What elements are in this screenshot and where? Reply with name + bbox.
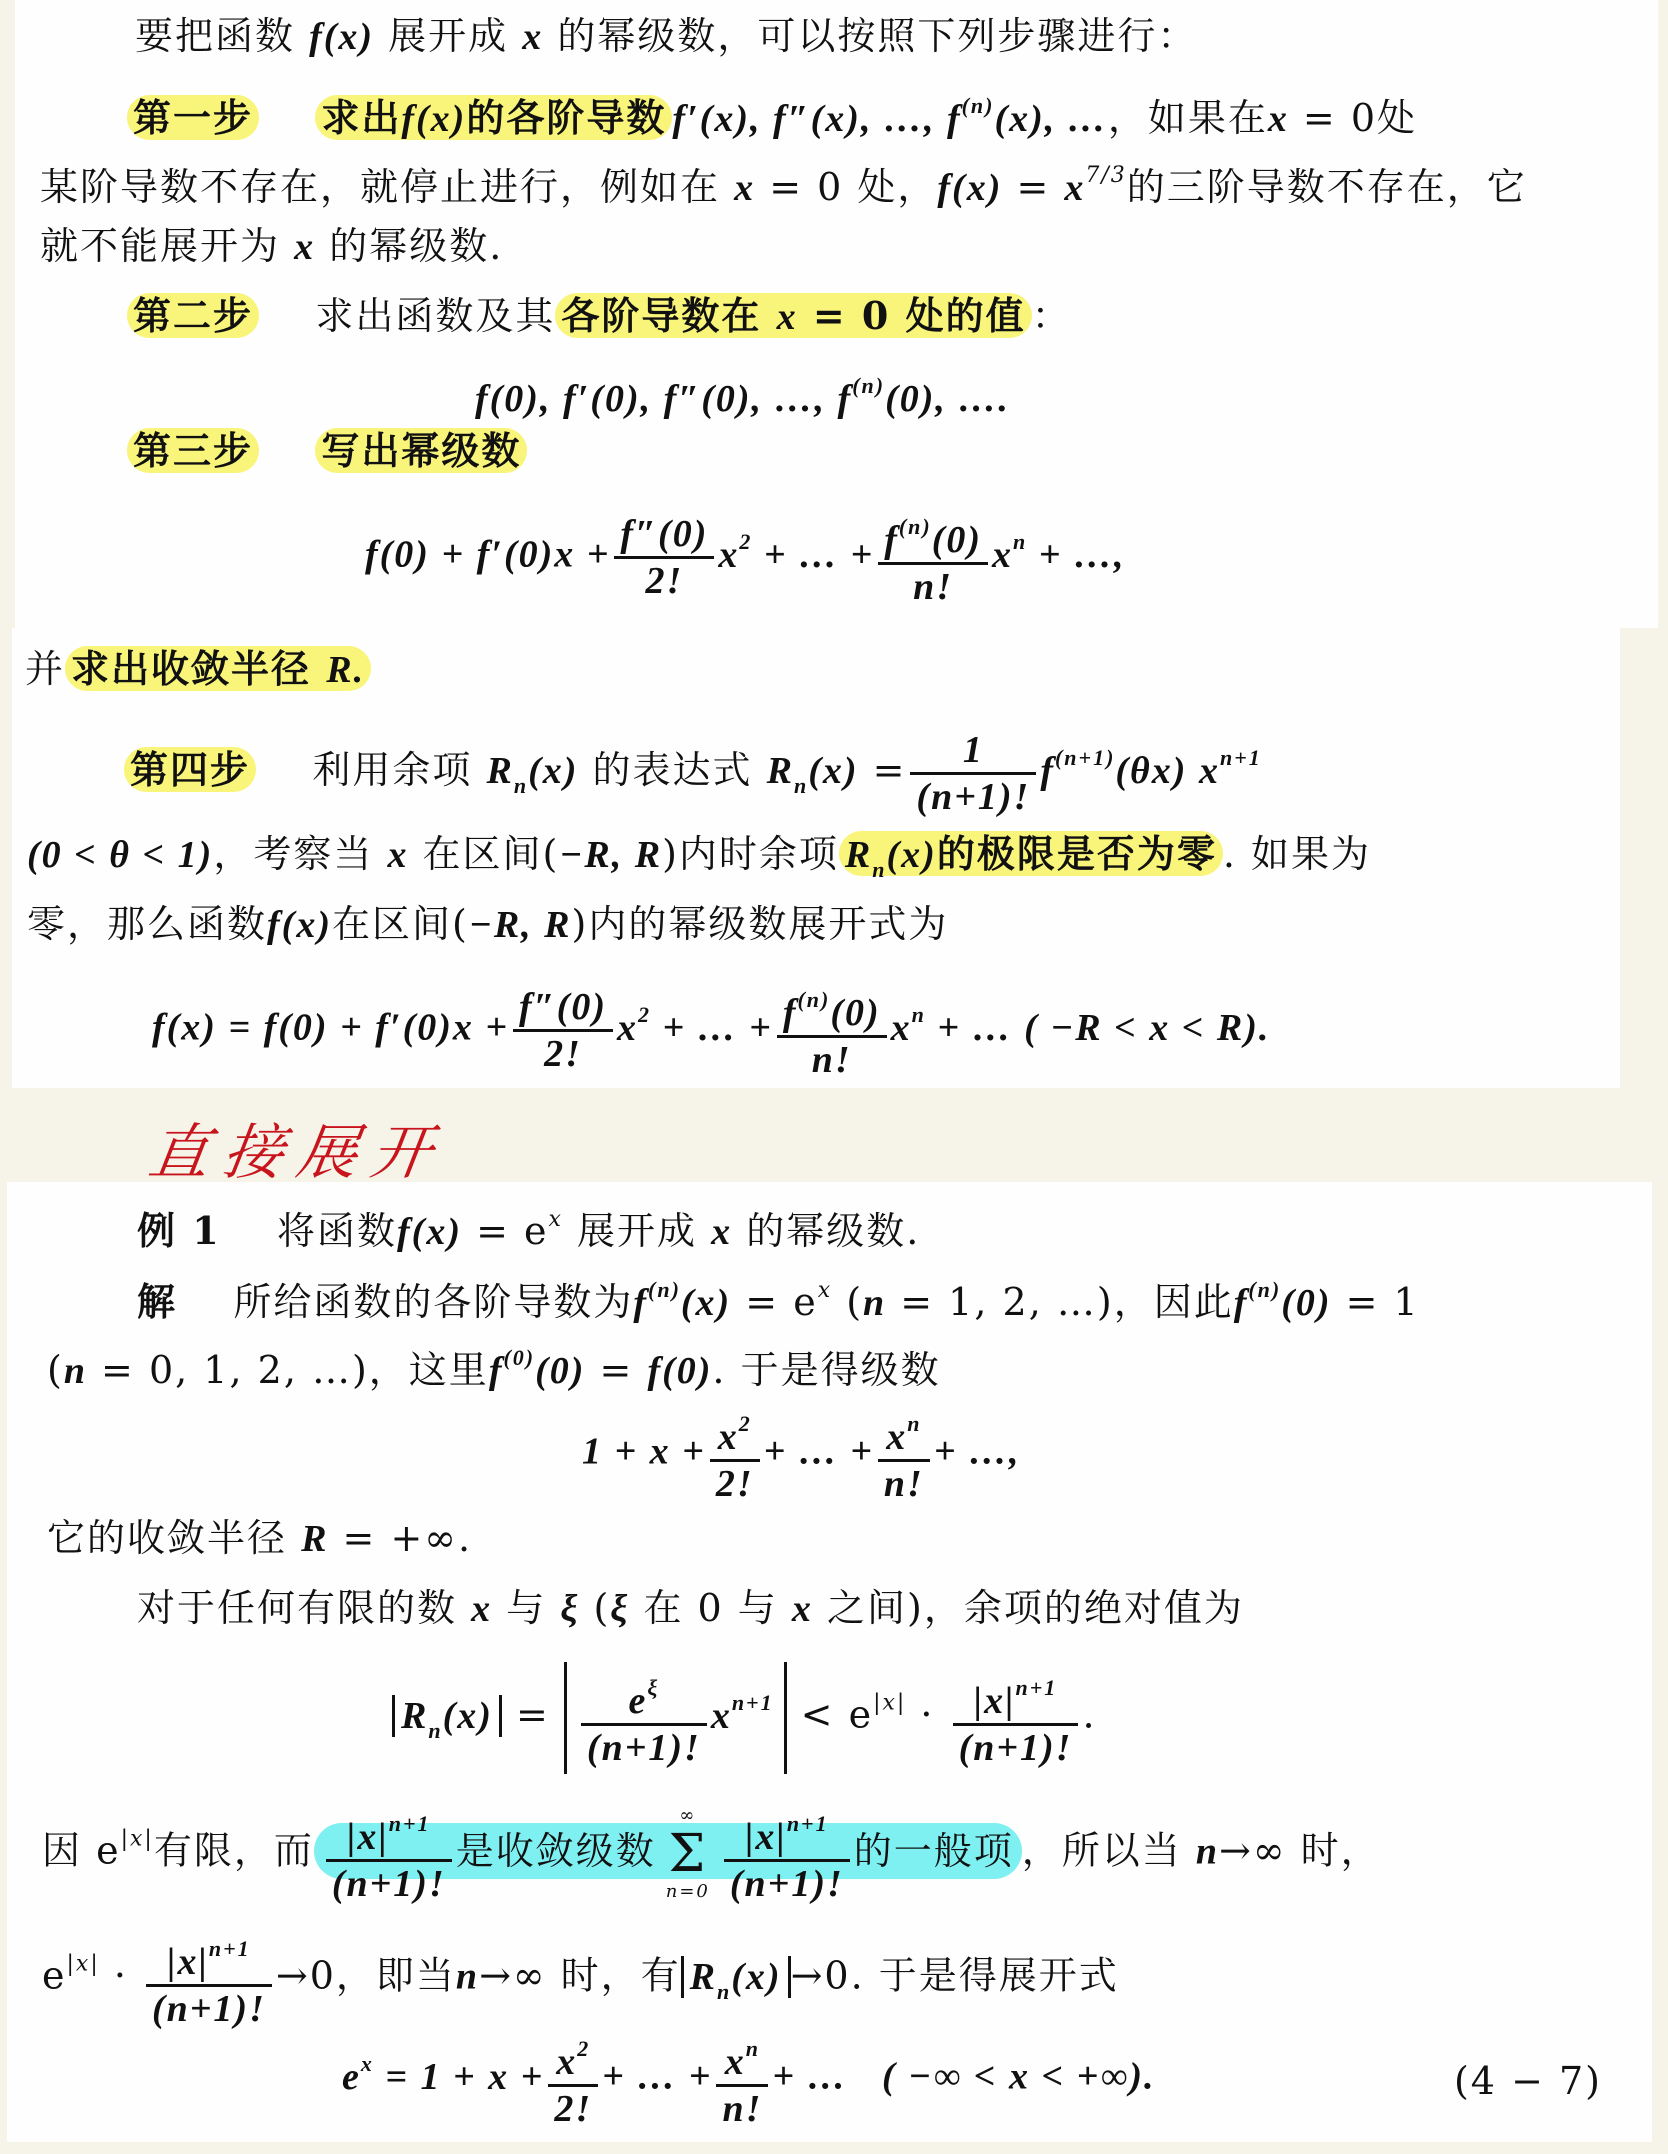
step-1-label: 第一步 — [127, 95, 259, 140]
step-2-line: 第二步 求出函数及其各阶导数在 x = 0 处的值： — [127, 290, 1072, 343]
example-text: 与 — [506, 1586, 546, 1630]
example-text: 之间)，余项的绝对值为 — [827, 1586, 1244, 1630]
fraction: f″(0)2! — [614, 512, 714, 603]
step-2-formula: f(0), f′(0), f″(0), …, f(n)(0), …. — [475, 360, 1010, 425]
step-3-conclusion: 并求出收敛半径 R. — [25, 643, 371, 696]
math-fx: f(x) — [309, 16, 374, 58]
fraction: xnn! — [878, 1402, 930, 1506]
remainder-intro: 对于任何有限的数 x 与 ξ (ξ 在 0 与 x 之间)，余项的绝对值为 — [137, 1582, 1244, 1635]
intro-text: 要把函数 — [135, 14, 295, 58]
step-1-line-3: 就不能展开为 x 的幂级数. — [40, 220, 503, 273]
step-2-label: 第二步 — [127, 293, 259, 338]
example-label: 例 1 — [137, 1208, 221, 1253]
example-text: 时，有 — [561, 1954, 681, 1998]
step-text: 就不能展开为 — [40, 224, 280, 268]
fraction: 1(n+1)! — [910, 728, 1036, 819]
step-text: ： — [1032, 294, 1072, 338]
step-4-line-2: (0 < θ < 1)，考察当 x 在区间(−R, R)内时余项Rn(x)的极限… — [27, 828, 1371, 896]
math-x: x — [522, 16, 543, 58]
handwritten-note: 直接展开 — [144, 1105, 452, 1191]
series-formula: 1 + x +x22!+ … +xnn!+ …, — [582, 1402, 1021, 1506]
general-term-highlight: |x|n+1(n+1)!是收敛级数∞Σn=0|x|n+1(n+1)!的一般项 — [314, 1823, 1022, 1879]
summation-symbol: ∞Σn=0 — [666, 1804, 710, 1904]
example-text: 所给函数的各阶导数为 — [233, 1280, 633, 1324]
highlight-text: 求出收敛半径 — [71, 646, 311, 691]
solution-label: 解 — [137, 1279, 177, 1324]
fraction: f(n)(0)n! — [878, 505, 988, 609]
step-3-line: 第三步 写出幂级数 — [127, 425, 527, 477]
limit-line: e|x| · |x|n+1(n+1)!→0，即当n→∞ 时，有Rn(x)→0. … — [42, 1927, 1119, 2031]
step-text: . 如果为 — [1223, 832, 1371, 876]
step-text: 在区间( — [423, 832, 560, 876]
step-3-formula: f(0) + f′(0)x +f″(0)2!x2 + … +f(n)(0)n!x… — [365, 505, 1125, 609]
fraction: f(n)(0)n! — [777, 978, 887, 1082]
example-text: 时， — [1301, 1829, 1381, 1873]
step-text: 利用余项 — [312, 748, 472, 792]
step-text: 的三阶导数不存在，它 — [1127, 165, 1527, 209]
page-section-example-1: 例 1 将函数f(x) = ex 展开成 x 的幂级数. 解 所给函数的各阶导数… — [7, 1182, 1652, 2142]
radius-highlight: 求出收敛半径 R. — [65, 646, 371, 691]
example-text: ，因此 — [1114, 1280, 1234, 1324]
example-text: . 于是得展开式 — [851, 1954, 1119, 1998]
step-3-highlight: 写出幂级数 — [315, 428, 527, 473]
radius-line: 它的收敛半径 R = +∞. — [47, 1512, 472, 1565]
step-4-highlight: Rn(x)的极限是否为零 — [839, 831, 1223, 876]
solution-line-2: (n = 0, 1, 2, …)，这里f(0)(0) = f(0). 于是得级数 — [47, 1332, 941, 1397]
example-text: 对于任何有限的数 — [137, 1586, 457, 1630]
example-text: 因 — [42, 1829, 82, 1873]
example-text: 在 0 与 — [643, 1586, 777, 1630]
remainder-formula: Rn(x) = eξ(n+1)!xn+1 < e|x| · |x|n+1(n+1… — [392, 1662, 1097, 1774]
fraction: x22! — [710, 1402, 760, 1506]
step-text: 并 — [25, 647, 65, 691]
step-4-line-1: 第四步 利用余项 Rn(x) 的表达式 Rn(x) =1(n+1)!f(n+1)… — [124, 728, 1262, 819]
step-3-label: 第三步 — [127, 428, 259, 473]
highlight-text: 的一般项 — [854, 1829, 1014, 1873]
highlight-text: 的各阶导数 — [466, 95, 666, 140]
example-text: . 于是得级数 — [712, 1348, 940, 1392]
step-1-line-2: 某阶导数不存在，就停止进行，例如在 x = 0 处，f(x) = x7/3的三阶… — [40, 150, 1527, 214]
step-text: 在区间( — [332, 902, 469, 946]
step-text: 求出函数及其 — [315, 294, 555, 338]
step-text: 零，那么函数 — [27, 902, 267, 946]
fraction: |x|n+1(n+1)! — [146, 1927, 272, 2031]
reason-line: 因 e|x|有限，而|x|n+1(n+1)!是收敛级数∞Σn=0|x|n+1(n… — [42, 1802, 1381, 1906]
fraction: |x|n+1(n+1)! — [953, 1666, 1079, 1770]
intro-text: 的幂级数，可以按照下列步骤进行： — [557, 14, 1197, 58]
step-4-formula: f(x) = f(0) + f′(0)x +f″(0)2!x2 + … +f(n… — [152, 978, 1270, 1082]
result-formula: ex = 1 + x +x22!+ … +xnn!+ … ( −∞ < x < … — [342, 2027, 1632, 2131]
step-text: )内的幂级数展开式为 — [572, 902, 949, 946]
highlight-text: 求出 — [321, 95, 401, 140]
example-text: 展开成 — [577, 1209, 697, 1253]
highlight-text: 各阶导数在 — [561, 293, 761, 338]
fraction: x22! — [548, 2027, 598, 2131]
math-derivatives: f′(x), f″(x), …, f(n)(x), … — [672, 98, 1107, 140]
step-text: ，考察当 — [213, 832, 373, 876]
step-text: ，如果在 — [1108, 96, 1268, 140]
highlight-text: 是收敛级数 — [456, 1829, 656, 1873]
example-text: 的幂级数. — [746, 1209, 920, 1253]
page-section-steps-1-3: 要把函数 f(x) 展开成 x 的幂级数，可以按照下列步骤进行： 第一步 求出f… — [15, 0, 1658, 628]
example-text: 将函数 — [277, 1209, 397, 1253]
step-text: 的幂级数. — [329, 224, 503, 268]
fraction: f″(0)2! — [513, 985, 613, 1076]
example-text: 它的收敛半径 — [47, 1516, 287, 1560]
step-2-highlight: 各阶导数在 x = 0 处的值 — [555, 293, 1031, 338]
step-1-highlight: 求出f(x)的各阶导数 — [315, 95, 672, 140]
step-text: 处 — [1377, 96, 1417, 140]
step-text: 某阶导数不存在，就停止进行，例如在 — [40, 165, 720, 209]
equation-number: (4 − 7) — [1454, 2055, 1602, 2107]
intro-text: 展开成 — [388, 14, 508, 58]
fraction: xnn! — [716, 2027, 768, 2131]
step-text: 的表达式 — [592, 748, 752, 792]
page-section-step-4: 并求出收敛半径 R. 第四步 利用余项 Rn(x) 的表达式 Rn(x) =1(… — [12, 628, 1620, 1088]
example-text: 有限，而 — [154, 1829, 314, 1873]
highlight-text: 的极限是否为零 — [937, 831, 1217, 876]
step-4-line-3: 零，那么函数f(x)在区间(−R, R)内的幂级数展开式为 — [27, 898, 948, 951]
step-text: 处， — [857, 165, 937, 209]
step-1-line-1: 第一步 求出f(x)的各阶导数f′(x), f″(x), …, f(n)(x),… — [127, 80, 1417, 145]
example-text: ，这里 — [369, 1348, 489, 1392]
example-text: ，即当 — [336, 1954, 456, 1998]
step-text: )内时余项 — [662, 832, 839, 876]
solution-line-1: 解 所给函数的各阶导数为f(n)(x) = ex (n = 1, 2, …)，因… — [137, 1264, 1420, 1329]
example-text: ，所以当 — [1022, 1829, 1182, 1873]
step-4-label: 第四步 — [124, 747, 256, 792]
highlight-text: 处的值 — [906, 293, 1026, 338]
example-problem: 例 1 将函数f(x) = ex 展开成 x 的幂级数. — [137, 1194, 920, 1258]
intro-paragraph: 要把函数 f(x) 展开成 x 的幂级数，可以按照下列步骤进行： — [135, 10, 1197, 63]
